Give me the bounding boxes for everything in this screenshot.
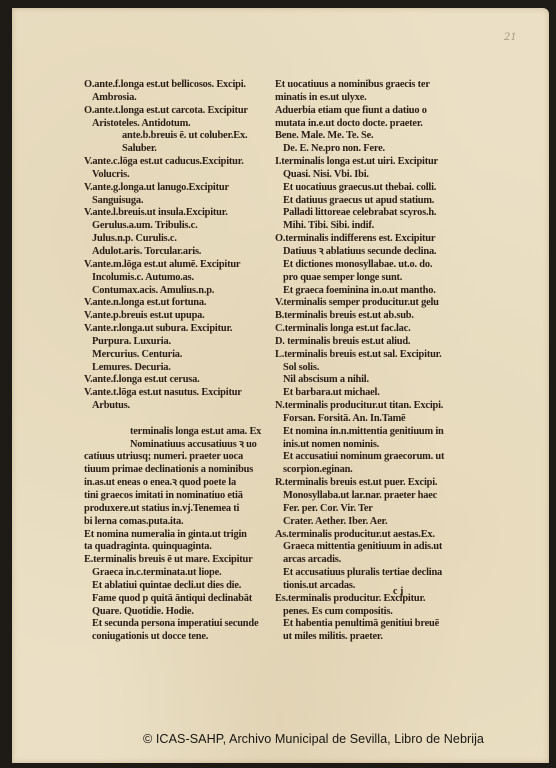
text-line: V.ante.r.longa.ut subura. Excipitur. [84, 323, 266, 336]
text-line: Purpura. Luxuria. [84, 336, 266, 349]
text-line: tionis.ut arcadas. [275, 580, 465, 593]
text-line: bi lerna comas.puta.ita. [84, 516, 266, 529]
text-line: Datiuus ꝛ ablatiuus secunde declina. [275, 246, 465, 259]
text-line: terminalis longa est.ut ama. Ex [84, 426, 266, 439]
text-line: Sanguisuga. [84, 195, 266, 208]
scan-frame: 21 O.ante.f.longa est.ut bellicosos. Exc… [0, 0, 556, 768]
text-line: O.terminalis indifferens est. Excipitur [275, 233, 465, 246]
text-line: Aduerbia etiam que fiunt a datiuo o [275, 105, 465, 118]
text-line: R.terminalis breuis est.ut puer. Excipi. [275, 477, 465, 490]
right-text-column: Et uocatiuus a nominibus graecis termina… [275, 79, 465, 644]
text-line: Et uocatiuus a nominibus graecis ter [275, 79, 465, 92]
text-line: arcas arcadis. [275, 554, 465, 567]
text-line: minatis in es.ut ulyxe. [275, 92, 465, 105]
text-line: Quasi. Nisi. Vbi. Ibi. [275, 169, 465, 182]
text-line: mutata in.e.ut docto docte. praeter. [275, 118, 465, 131]
text-line: produxere.ut statius in.vj.Tenemea ti [84, 503, 266, 516]
text-line: Et dictiones monosyllabae. ut.o. do. [275, 259, 465, 272]
text-line: Contumax.acis. Amulius.n.p. [84, 285, 266, 298]
text-line: Bene. Male. Me. Te. Se. [275, 130, 465, 143]
text-line: ante.b.breuis ē. ut coluber.Ex. [84, 130, 266, 143]
text-line: V.ante.c.lōga est.ut caducus.Excipitur. [84, 156, 266, 169]
text-line: Fame quod p quitā āntiqui declinabāt [84, 593, 266, 606]
text-line: D. terminalis breuis est.ut aliud. [275, 336, 465, 349]
text-line: V.ante.p.breuis est.ut upupa. [84, 310, 266, 323]
text-line: C.terminalis longa est.ut fac.lac. [275, 323, 465, 336]
text-line: L.terminalis breuis est.ut sal. Excipitu… [275, 349, 465, 362]
text-line: Mercurius. Centuria. [84, 349, 266, 362]
text-line: Adulot.aris. Torcular.aris. [84, 246, 266, 259]
text-line: Sol solis. [275, 362, 465, 375]
text-line: Ambrosia. [84, 92, 266, 105]
text-line: Et uocatiuus graecus.ut thebai. colli. [275, 182, 465, 195]
text-line: Et barbara.ut michael. [275, 387, 465, 400]
text-line: inis.ut nomen nominis. [275, 439, 465, 452]
text-line: Arbutus. [84, 400, 266, 413]
text-line: Incolumis.c. Autumo.as. [84, 272, 266, 285]
text-line: Nil abscisum a nihil. [275, 374, 465, 387]
copyright-caption: © ICAS-SAHP, Archivo Municipal de Sevill… [143, 732, 484, 746]
text-line: Forsan. Forsitā. An. In.Tamē [275, 413, 465, 426]
text-line: Et accusatiuus pluralis tertiae declina [275, 567, 465, 580]
text-line: Nominatiuus accusatiuus ꝛ uo [84, 439, 266, 452]
text-line: penes. Es cum compositis. [275, 606, 465, 619]
text-line: Et secunda persona imperatiui secunde [84, 618, 266, 631]
text-line: ta quadraginta. quinquaginta. [84, 541, 266, 554]
text-line: coniugationis ut docce tene. [84, 631, 266, 644]
text-line: As.terminalis producitur.ut aestas.Ex. [275, 529, 465, 542]
text-line: Mihi. Tibi. Sibi. indif. [275, 220, 465, 233]
text-line [84, 413, 266, 426]
text-line: Volucris. [84, 169, 266, 182]
text-line: Et graeca foeminina in.o.ut mantho. [275, 285, 465, 298]
text-line: Gerulus.a.um. Tribulis.c. [84, 220, 266, 233]
signature-mark: c j [393, 586, 403, 597]
text-line: E.terminalis breuis ē ut mare. Excipitur [84, 554, 266, 567]
text-line: O.ante.t.longa est.ut carcota. Excipitur [84, 105, 266, 118]
text-line: tiuum primae declinationis a nominibus [84, 464, 266, 477]
text-line: Crater. Aether. Iber. Aer. [275, 516, 465, 529]
text-line: V.ante.m.lōga est.ut alumē. Excipitur [84, 259, 266, 272]
text-line: in.as.ut eneas o enea.ꝛ quod poete la [84, 477, 266, 490]
text-line: De. E. Ne.pro non. Fere. [275, 143, 465, 156]
text-line: Et habentia penultimā genitiui breuē [275, 618, 465, 631]
text-line: O.ante.f.longa est.ut bellicosos. Excipi… [84, 79, 266, 92]
text-line: V.ante.l.breuis.ut insula.Excipitur. [84, 207, 266, 220]
text-line: Quare. Quotidie. Hodie. [84, 606, 266, 619]
text-line: V.ante.g.longa.ut lanugo.Excipitur [84, 182, 266, 195]
text-line: catiuus utriusq; numeri. praeter uoca [84, 451, 266, 464]
text-line: Fer. per. Cor. Vir. Ter [275, 503, 465, 516]
left-text-column: O.ante.f.longa est.ut bellicosos. Excipi… [84, 79, 266, 644]
text-line: V.terminalis semper producitur.ut gelu [275, 297, 465, 310]
text-line: V.ante.f.longa est.ut cerusa. [84, 374, 266, 387]
text-line: N.terminalis producitur.ut titan. Excipi… [275, 400, 465, 413]
text-line: Graeca in.c.terminata.ut liope. [84, 567, 266, 580]
text-line: Graeca mittentia genitiuum in adis.ut [275, 541, 465, 554]
text-line: scorpion.eginan. [275, 464, 465, 477]
text-line: Saluber. [84, 143, 266, 156]
text-line: I.terminalis longa est.ut uiri. Excipitu… [275, 156, 465, 169]
text-line: pro quae semper longe sunt. [275, 272, 465, 285]
text-line: Et nomina numeralia in ginta.ut trigin [84, 529, 266, 542]
text-line: Et datiuus graecus ut apud statium. [275, 195, 465, 208]
text-line: tini graecos imitati in nominatiuo etiā [84, 490, 266, 503]
text-line: Julus.n.p. Curulis.c. [84, 233, 266, 246]
text-line: ut miles militis. praeter. [275, 631, 465, 644]
text-line: Aristoteles. Antidotum. [84, 118, 266, 131]
text-line: Et nomina in.n.mittentia genitiuum in [275, 426, 465, 439]
text-line: Palladi littoreae celebrabat scyros.h. [275, 207, 465, 220]
text-line: Monosyllaba.ut lar.nar. praeter haec [275, 490, 465, 503]
text-line: V.ante.n.longa est.ut fortuna. [84, 297, 266, 310]
page-number: 21 [504, 32, 517, 43]
text-line: Lemures. Decuria. [84, 362, 266, 375]
text-line: Es.terminalis producitur. Excipitur. [275, 593, 465, 606]
text-line: Et ablatiui quintae decli.ut dies die. [84, 580, 266, 593]
text-line: V.ante.t.lōga est.ut nasutus. Excipitur [84, 387, 266, 400]
text-line: B.terminalis breuis est.ut ab.sub. [275, 310, 465, 323]
text-line: Et accusatiui nominum graecorum. ut [275, 451, 465, 464]
